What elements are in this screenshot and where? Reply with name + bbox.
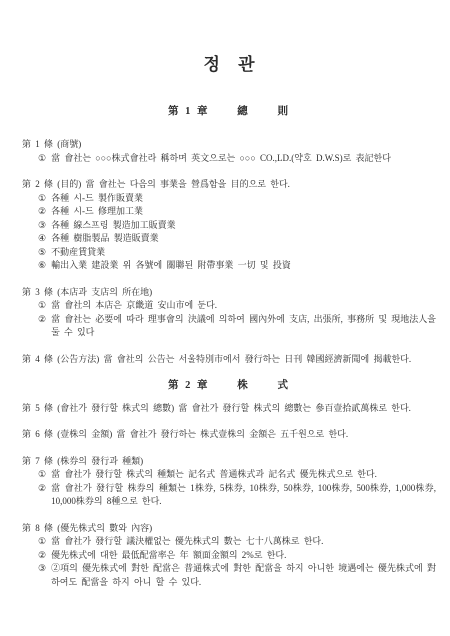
article-6-heading: 第 6 條 (壹株의 金額) 當 會社가 發行하는 株式壹株의 金額은 五千원으… bbox=[22, 428, 436, 442]
item-text: 各種 시-드 修理加工業 bbox=[51, 205, 436, 219]
item-text: 當 會社가 發行할 議決權없는 優先株式의 數는 七十八萬株로 한다. bbox=[51, 535, 436, 549]
item-text: 當 會社가 發行할 株式의 種類는 記名式 普通株式과 記名式 優先株式으로 한… bbox=[51, 468, 436, 482]
article-2-item-6: ⑥ 輸出入業 建設業 위 各號에 關聯된 附帶事業 一切 및 投資 bbox=[22, 259, 436, 273]
article-7-item-1: ① 當 會社가 發行할 株式의 種類는 記名式 普通株式과 記名式 優先株式으로… bbox=[22, 468, 436, 482]
item-text: 優先株式에 대한 最低配當率은 年 額面金額의 2%로 한다. bbox=[51, 549, 436, 563]
article-5: 第 5 條 (會社가 發行할 株式의 總數) 當 會社가 發行할 株式의 總數는… bbox=[22, 402, 436, 416]
article-3-item-2: ② 當 會社는 必要에 따라 理事會의 決議에 의하여 國內外에 支店, 出張所… bbox=[22, 313, 436, 340]
item-text: 當 會社가 發行할 株券의 種類는 1株券, 5株券, 10株券, 50株券, … bbox=[51, 482, 436, 509]
article-2-item-4: ④ 各種 樹脂製品 製造販賣業 bbox=[22, 232, 436, 246]
document-title: 정 관 bbox=[22, 0, 436, 75]
item-marker: ④ bbox=[38, 232, 46, 246]
item-text: 當 會社는 ○○○株式會社라 稱하며 英文으로는 ○○○ CO.,LD.(약호 … bbox=[51, 152, 436, 166]
article-2-item-3: ③ 各種 線스프링 製造加工販賣業 bbox=[22, 219, 436, 233]
article-2: 第 2 條 (目的) 當 會社는 다음의 事業을 營爲함을 目的으로 한다. ①… bbox=[22, 178, 436, 273]
item-text: 當 會社의 本店은 京畿道 安山市에 둔다. bbox=[51, 299, 436, 313]
item-text: 輸出入業 建設業 위 各號에 關聯된 附帶事業 一切 및 投資 bbox=[51, 259, 436, 273]
article-7-heading: 第 7 條 (株券의 發行과 種類) bbox=[22, 455, 436, 469]
chapter-1-heading: 第 1 章 總 則 bbox=[22, 103, 436, 118]
article-7: 第 7 條 (株券의 發行과 種類) ① 當 會社가 發行할 株式의 種類는 記… bbox=[22, 455, 436, 509]
item-marker: ⑥ bbox=[38, 259, 46, 273]
item-text: 各種 樹脂製品 製造販賣業 bbox=[51, 232, 436, 246]
document-page: 정 관 第 1 章 總 則 第 1 條 (商號) ① 當 會社는 ○○○株式會社… bbox=[0, 0, 450, 636]
article-6: 第 6 條 (壹株의 金額) 當 會社가 發行하는 株式壹株의 金額은 五千원으… bbox=[22, 428, 436, 442]
chapter-2-heading: 第 2 章 株 式 bbox=[22, 379, 436, 393]
item-marker: ① bbox=[38, 152, 46, 166]
item-text: ②項의 優先株式에 對한 配當은 普通株式에 對한 配當을 하지 아니한 境遇에… bbox=[51, 562, 436, 589]
item-text: 不動産賃貸業 bbox=[51, 246, 436, 260]
article-4: 第 4 條 (公告方法) 當 會社의 公告는 서울特別市에서 發行하는 日刊 韓… bbox=[22, 353, 436, 367]
item-marker: ① bbox=[38, 299, 46, 313]
article-8: 第 8 條 (優先株式의 數와 內容) ① 當 會社가 發行할 議決權없는 優先… bbox=[22, 522, 436, 590]
item-marker: ① bbox=[38, 535, 46, 549]
item-text: 各種 시-드 製作販賣業 bbox=[51, 192, 436, 206]
article-2-item-2: ② 各種 시-드 修理加工業 bbox=[22, 205, 436, 219]
item-text: 各種 線스프링 製造加工販賣業 bbox=[51, 219, 436, 233]
article-3-item-1: ① 當 會社의 本店은 京畿道 安山市에 둔다. bbox=[22, 299, 436, 313]
article-8-item-2: ② 優先株式에 대한 最低配當率은 年 額面金額의 2%로 한다. bbox=[22, 549, 436, 563]
item-marker: ② bbox=[38, 205, 46, 219]
article-3-heading: 第 3 條 (本店과 支店의 所在地) bbox=[22, 286, 436, 300]
article-8-item-1: ① 當 會社가 發行할 議決權없는 優先株式의 數는 七十八萬株로 한다. bbox=[22, 535, 436, 549]
article-1: 第 1 條 (商號) ① 當 會社는 ○○○株式會社라 稱하며 英文으로는 ○○… bbox=[22, 138, 436, 165]
article-5-heading: 第 5 條 (會社가 發行할 株式의 總數) 當 會社가 發行할 株式의 總數는… bbox=[22, 402, 436, 416]
item-marker: ① bbox=[38, 468, 46, 482]
item-marker: ② bbox=[38, 482, 46, 509]
article-2-heading: 第 2 條 (目的) 當 會社는 다음의 事業을 營爲함을 目的으로 한다. bbox=[22, 178, 436, 192]
article-3: 第 3 條 (本店과 支店의 所在地) ① 當 會社의 本店은 京畿道 安山市에… bbox=[22, 286, 436, 340]
item-marker: ③ bbox=[38, 562, 46, 589]
item-text: 當 會社는 必要에 따라 理事會의 決議에 의하여 國內外에 支店, 出張所, … bbox=[51, 313, 436, 340]
item-marker: ③ bbox=[38, 219, 46, 233]
article-8-heading: 第 8 條 (優先株式의 數와 內容) bbox=[22, 522, 436, 536]
article-1-heading: 第 1 條 (商號) bbox=[22, 138, 436, 152]
article-2-item-1: ① 各種 시-드 製作販賣業 bbox=[22, 192, 436, 206]
article-8-item-3: ③ ②項의 優先株式에 對한 配當은 普通株式에 對한 配當을 하지 아니한 境… bbox=[22, 562, 436, 589]
article-4-heading: 第 4 條 (公告方法) 當 會社의 公告는 서울特別市에서 發行하는 日刊 韓… bbox=[22, 353, 436, 367]
article-1-item-1: ① 當 會社는 ○○○株式會社라 稱하며 英文으로는 ○○○ CO.,LD.(약… bbox=[22, 152, 436, 166]
document-body: 第 1 條 (商號) ① 當 會社는 ○○○株式會社라 稱하며 英文으로는 ○○… bbox=[22, 138, 436, 589]
item-marker: ② bbox=[38, 313, 46, 340]
article-2-item-5: ⑤ 不動産賃貸業 bbox=[22, 246, 436, 260]
item-marker: ② bbox=[38, 549, 46, 563]
article-7-item-2: ② 當 會社가 發行할 株券의 種類는 1株券, 5株券, 10株券, 50株券… bbox=[22, 482, 436, 509]
item-marker: ⑤ bbox=[38, 246, 46, 260]
item-marker: ① bbox=[38, 192, 46, 206]
